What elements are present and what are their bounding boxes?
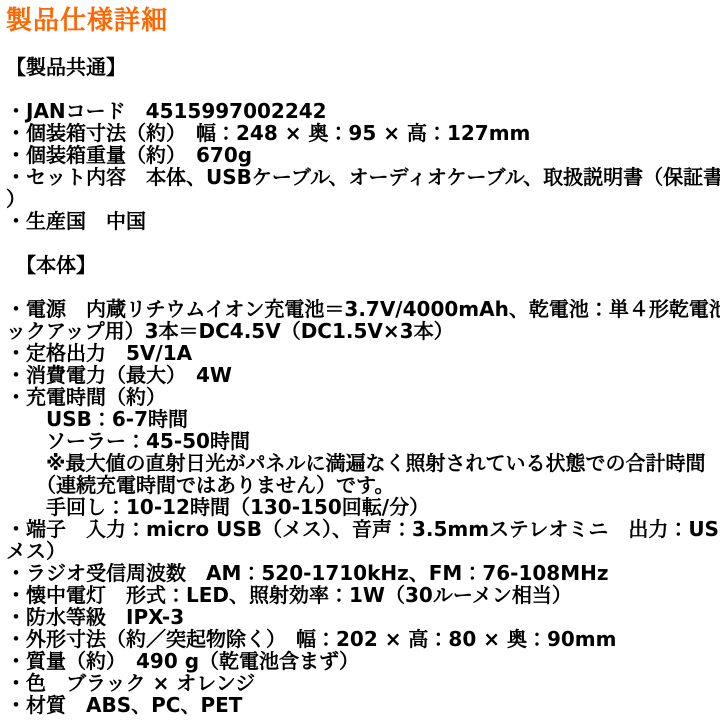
page-title: 製品仕様詳細 bbox=[6, 6, 720, 36]
spec-line: ・懐中電灯 形式：LED、照射効率：1W（30ルーメン相当） bbox=[6, 584, 720, 606]
blank-line bbox=[6, 232, 720, 254]
spec-line: メス） bbox=[6, 540, 720, 562]
spec-line: ・個装箱寸法（約） 幅：248 × 奥：95 × 高：127mm bbox=[6, 122, 720, 144]
spec-line: ・外形寸法（約／突起物除く） 幅：202 × 高：80 × 奥：90mm bbox=[6, 628, 720, 650]
spec-line: ・セット内容 本体、USBケーブル、オーディオケーブル、取扱説明書（保証書付 bbox=[6, 166, 720, 188]
section-heading: 【本体】 bbox=[6, 254, 720, 276]
spec-line: ・防水等級 IPX-3 bbox=[6, 606, 720, 628]
spec-line: ソーラー：45-50時間 bbox=[6, 430, 720, 452]
spec-line: ・JANコード 4515997002242 bbox=[6, 100, 720, 122]
spec-line: USB：6-7時間 bbox=[6, 408, 720, 430]
spec-line: ・消費電力（最大） 4W bbox=[6, 364, 720, 386]
spec-line: ・充電時間（約） bbox=[6, 386, 720, 408]
spec-body: 【製品共通】 ・JANコード 4515997002242・個装箱寸法（約） 幅：… bbox=[6, 56, 720, 716]
blank-line bbox=[6, 78, 720, 100]
spec-line: ※最大値の直射日光がパネルに満遍なく照射されている状態での合計時間 bbox=[6, 452, 720, 474]
spec-line: 手回し：10-12時間（130-150回転/分） bbox=[6, 496, 720, 518]
spec-line: ックアップ用）3本＝DC4.5V（DC1.5V×3本） bbox=[6, 320, 720, 342]
spec-line: ・ラジオ受信周波数 AM：520-1710kHz、FM：76-108MHz bbox=[6, 562, 720, 584]
section-heading: 【製品共通】 bbox=[6, 56, 720, 78]
spec-line: ・質量（約） 490 g（乾電池含まず） bbox=[6, 650, 720, 672]
spec-line: ・電源 内蔵リチウムイオン充電池＝3.7V/4000mAh、乾電池：単４形乾電池… bbox=[6, 298, 720, 320]
product-spec-page: 製品仕様詳細 【製品共通】 ・JANコード 4515997002242・個装箱寸… bbox=[0, 0, 720, 720]
spec-line: ） bbox=[6, 188, 720, 210]
spec-line: ・端子 入力：micro USB（メス）、音声：3.5mmステレオミニ 出力：U… bbox=[6, 518, 720, 540]
spec-line: ・定格出力 5V/1A bbox=[6, 342, 720, 364]
spec-line: ・色 ブラック × オレンジ bbox=[6, 672, 720, 694]
spec-line: ・材質 ABS、PC、PET bbox=[6, 694, 720, 716]
spec-line: ・生産国 中国 bbox=[6, 210, 720, 232]
spec-line: （連続充電時間ではありません）です。 bbox=[6, 474, 720, 496]
blank-line bbox=[6, 276, 720, 298]
spec-line: ・個装箱重量（約） 670g bbox=[6, 144, 720, 166]
